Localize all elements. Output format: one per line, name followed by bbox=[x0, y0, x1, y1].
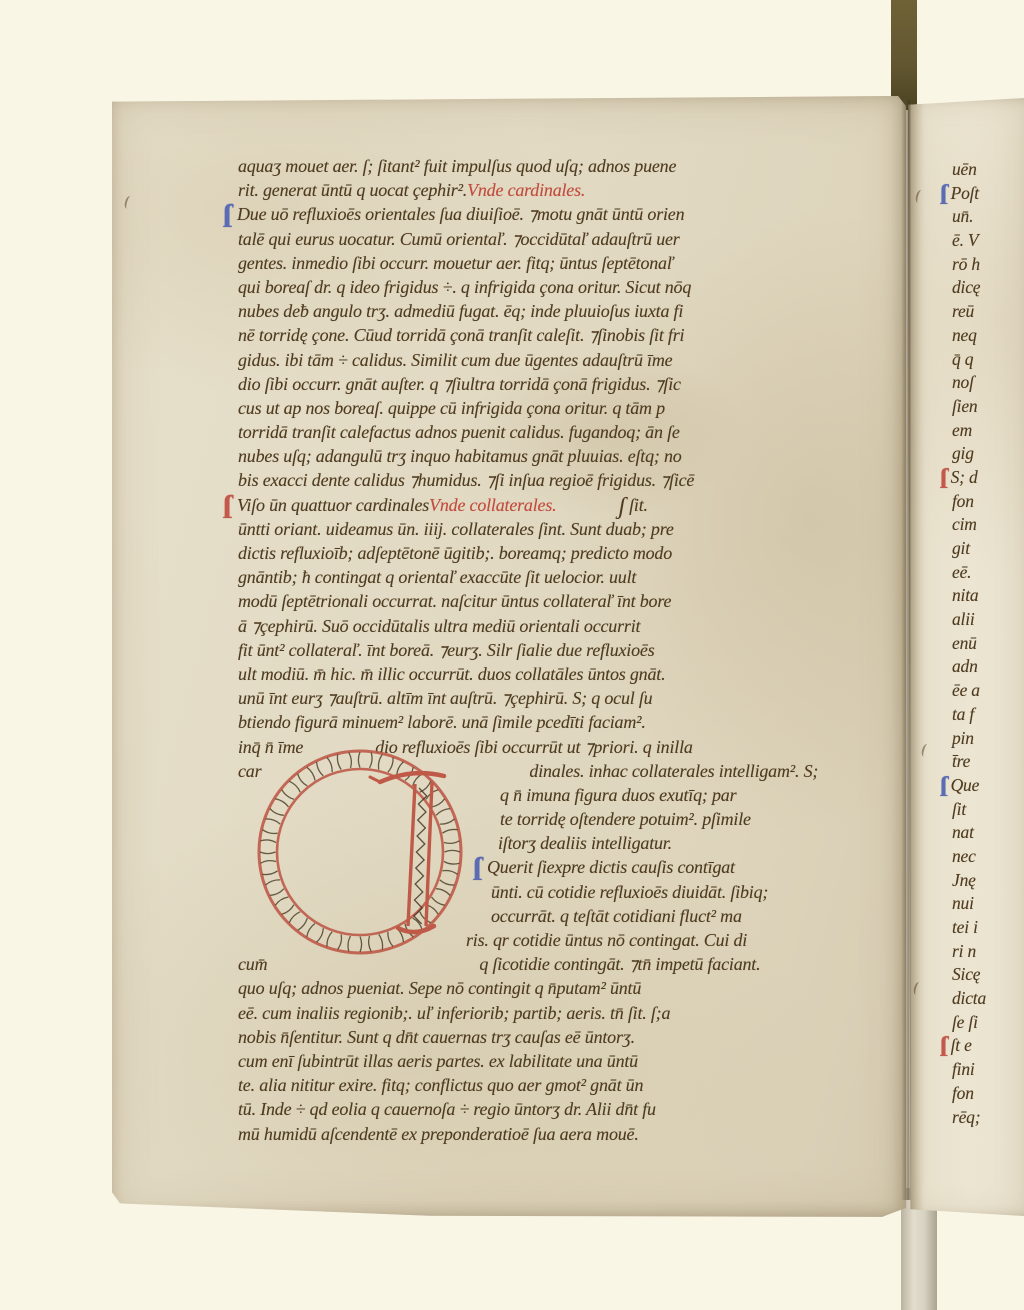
manuscript-line: iſtorʒ dealiis intelligatur. bbox=[498, 831, 898, 855]
manuscript-line: ūntti oriant. uideamus ūn. iiij. collate… bbox=[238, 517, 898, 541]
margin-pen-mark bbox=[123, 195, 133, 209]
manuscript-line: te. alia nititur exire. fitq; conflictus… bbox=[238, 1073, 898, 1097]
text-segment: ta f bbox=[952, 704, 974, 724]
book-spine-top bbox=[891, 0, 917, 110]
text-segment: gentes. inmedio ſibi occurr. mouetur aer… bbox=[238, 251, 673, 275]
text-segment: ūnti. cū cotidie refluxioēs diuidāt. ſib… bbox=[491, 880, 768, 904]
text-segment: fon bbox=[952, 1083, 974, 1103]
text-segment: cim bbox=[952, 514, 977, 534]
margin-pen-mark bbox=[920, 743, 930, 757]
text-segment: te torridę oſtendere potuim². pſimile bbox=[500, 807, 751, 831]
text-segment: ſit bbox=[952, 799, 966, 819]
text-segment: nē torridę çone. Cūud torridā çonā tranſ… bbox=[238, 323, 684, 347]
manuscript-line: qui boreaſ dr. q ideo frigidus ÷. q infr… bbox=[238, 275, 898, 299]
text-segment: dio ſibi occurr. gnāt auſter. q ⁊ſiultra… bbox=[238, 372, 681, 396]
text-segment: neq bbox=[952, 325, 977, 345]
manuscript-line: eē. cum inaliis regionib;. uľ inferiorib… bbox=[238, 1001, 898, 1025]
manuscript-line: nobis n̄ſentitur. Sunt q dn̄t cauernas t… bbox=[238, 1025, 898, 1049]
text-segment: btiendo figurā minuem² laborē. unā ſimil… bbox=[238, 710, 646, 734]
facing-page-line-fragment: ſS; d bbox=[952, 466, 1022, 490]
facing-page-line-fragment: em bbox=[952, 419, 1022, 443]
manuscript-line: aquaʒ mouet aer. ſ; ſitant² fuit impulſu… bbox=[238, 154, 898, 178]
text-segment: cus ut ap nos boreaſ. quippe cū infrigid… bbox=[238, 396, 665, 420]
facing-page-line-fragment: nui bbox=[952, 892, 1022, 916]
manuscript-line: gidus. ibi tām ÷ calidus. Similit cum du… bbox=[238, 348, 898, 372]
text-segment: Jnę bbox=[952, 870, 976, 890]
text-segment: nubes uſq; adangulū trʒ inquo habitamus … bbox=[238, 444, 682, 468]
text-segment: occurrāt. q teſtāt cotidiani fluct² ma bbox=[491, 904, 742, 928]
manuscript-line: mū humidū aſcendentē ex preponderatioē ſ… bbox=[238, 1122, 898, 1146]
text-segment: unū īnt eurʒ ⁊auſtrū. altīm īnt auſtrū. … bbox=[238, 686, 652, 710]
manuscript-line: dictis refluxioīb; adſeptētonē ūgitib;. … bbox=[238, 541, 898, 565]
facing-page-line-fragment: git bbox=[952, 537, 1022, 561]
text-segment: Viſo ūn quattuor cardinales bbox=[237, 493, 429, 517]
text-segment: torridā tranſit calefactus adnos puenit … bbox=[238, 420, 680, 444]
manuscript-line: ūnti. cū cotidie refluxioēs diuidāt. ſib… bbox=[491, 880, 898, 904]
text-segment: q n̄ imuna figura duos exutīq; par bbox=[500, 783, 736, 807]
text-segment: tū. Inde ÷ qd eolia q cauernoſa ÷ regio … bbox=[238, 1097, 656, 1121]
text-segment: nobis n̄ſentitur. Sunt q dn̄t cauernas t… bbox=[238, 1025, 635, 1049]
text-segment: quo uſq; adnos pueniat. Sepe nō contingi… bbox=[238, 976, 641, 1000]
facing-page-line-fragment: ri n bbox=[952, 940, 1022, 964]
text-segment: un̄. bbox=[952, 206, 973, 226]
text-segment: noſ bbox=[952, 372, 974, 392]
text-segment: eē. cum inaliis regionib;. uľ inferiorib… bbox=[238, 1001, 670, 1025]
manuscript-line: gnāntib; ħ contingat q orientaľ exaccūte… bbox=[238, 565, 898, 589]
manuscript-line: nubes deƀ angulo trʒ. admediū fugat. ēq;… bbox=[238, 299, 898, 323]
facing-page-line-fragment: fon bbox=[952, 1082, 1022, 1106]
manuscript-line: ris. qr cotidie ūntus nō contingat. Cui … bbox=[466, 928, 898, 952]
manuscript-line: btiendo figurā minuem² laborē. unā ſimil… bbox=[238, 710, 898, 734]
text-segment: rō h bbox=[952, 254, 980, 274]
manuscript-line: ſQuerit ſiexpre dictis cauſis contīgat bbox=[488, 855, 898, 879]
text-segment: gig bbox=[952, 443, 974, 463]
text-segment: bis exacci dente calidus ⁊humidus. ⁊ſi i… bbox=[238, 468, 694, 492]
facing-page-line-fragment: cim bbox=[952, 513, 1022, 537]
text-segment: Due uō refluxioēs orientales ſua diuiſio… bbox=[237, 202, 684, 226]
text-segment: nui bbox=[952, 893, 974, 913]
text-segment: nubes deƀ angulo trʒ. admediū fugat. ēq;… bbox=[238, 299, 683, 323]
text-segment: fit ūnt² collateraľ. īnt boreā. ⁊eurʒ. S… bbox=[238, 638, 655, 662]
text-segment: nec bbox=[952, 846, 976, 866]
facing-page-line-fragment: dicę bbox=[952, 276, 1022, 300]
facing-page-line-fragment: uēn bbox=[952, 158, 1022, 182]
text-segment: fini bbox=[952, 1059, 975, 1079]
rubric-text: Vnde cardinales. bbox=[467, 178, 585, 202]
text-segment: adn bbox=[952, 656, 978, 676]
manuscript-line: ā ⁊çephirū. Suō occidūtalis ultra mediū … bbox=[238, 614, 898, 638]
text-segment: em bbox=[952, 420, 972, 440]
text-segment: dictis refluxioīb; adſeptētonē ūgitib;. … bbox=[238, 541, 672, 565]
manuscript-line: cum enī ſubintrūt illas aeris partes. ex… bbox=[238, 1049, 898, 1073]
manuscript-page-verso: aquaʒ mouet aer. ſ; ſitant² fuit impulſu… bbox=[112, 96, 906, 1218]
manuscript-line: talē qui eurus uocatur. Cumū orientaľ. ⁊… bbox=[238, 227, 898, 251]
text-segment: ſt e bbox=[951, 1035, 972, 1055]
text-segment: gidus. ibi tām ÷ calidus. Similit cum du… bbox=[238, 348, 672, 372]
decorated-initial-I bbox=[252, 744, 468, 960]
text-segment: pin bbox=[952, 728, 974, 748]
text-segment: ult modiū. m̄ hic. m̄ illic occurrūt. du… bbox=[238, 662, 665, 686]
manuscript-photo: aquaʒ mouet aer. ſ; ſitant² fuit impulſu… bbox=[0, 0, 1024, 1310]
paraph-mark: ſ bbox=[940, 772, 948, 803]
facing-page-text-fragments: uēnſPoſtun̄.ē. Vrō hdicęreūneqq̄ qnoſſie… bbox=[952, 158, 1022, 1129]
margin-pen-mark bbox=[912, 981, 922, 995]
facing-page-line-fragment: adn bbox=[952, 655, 1022, 679]
manuscript-line: ſViſo ūn quattuor cardinales Vnde collat… bbox=[238, 493, 898, 517]
facing-page-line-fragment: ſQue bbox=[952, 774, 1022, 798]
text-segment: tei i bbox=[952, 917, 978, 937]
margin-pen-mark bbox=[914, 189, 924, 203]
manuscript-line: tū. Inde ÷ qd eolia q cauernoſa ÷ regio … bbox=[238, 1097, 898, 1121]
text-segment: gnāntib; ħ contingat q orientaľ exaccūte… bbox=[238, 565, 636, 589]
manuscript-line: nubes uſq; adangulū trʒ inquo habitamus … bbox=[238, 444, 898, 468]
facing-page-line-fragment: q̄ q bbox=[952, 348, 1022, 372]
text-segment: iſtorʒ dealiis intelligatur. bbox=[498, 831, 672, 855]
text-segment: ʃ bbox=[618, 495, 625, 519]
text-segment: S; d bbox=[951, 467, 978, 487]
facing-page-line-fragment: eē. bbox=[952, 561, 1022, 585]
text-segment: git bbox=[952, 538, 970, 558]
paraph-mark: ſ bbox=[940, 1032, 948, 1063]
manuscript-line: unū īnt eurʒ ⁊auſtrū. altīm īnt auſtrū. … bbox=[238, 686, 898, 710]
facing-page-line-fragment: Sicę bbox=[952, 963, 1022, 987]
text-segment: Que bbox=[951, 775, 980, 795]
text-segment: Poſt bbox=[951, 183, 979, 203]
manuscript-line: modū ſeptētrionali occurrat. naſcitur ūn… bbox=[238, 589, 898, 613]
facing-page-line-fragment: rō h bbox=[952, 253, 1022, 277]
text-segment: mū humidū aſcendentē ex preponderatioē ſ… bbox=[238, 1122, 639, 1146]
text-segment: dicta bbox=[952, 988, 986, 1008]
text-segment: ri n bbox=[952, 941, 976, 961]
text-segment: qui boreaſ dr. q ideo frigidus ÷. q infr… bbox=[238, 275, 691, 299]
text-segment: cum enī ſubintrūt illas aeris partes. ex… bbox=[238, 1049, 638, 1073]
text-segment: ſe ſi bbox=[952, 1012, 978, 1032]
facing-page-line-fragment: Jnę bbox=[952, 869, 1022, 893]
manuscript-line: bis exacci dente calidus ⁊humidus. ⁊ſi i… bbox=[238, 468, 898, 492]
text-segment: alii bbox=[952, 609, 975, 629]
facing-page-line-fragment: tei i bbox=[952, 916, 1022, 940]
facing-page-line-fragment: nat bbox=[952, 821, 1022, 845]
text-segment: aquaʒ mouet aer. ſ; ſitant² fuit impulſu… bbox=[238, 154, 676, 178]
book-gutter-shadow bbox=[901, 100, 911, 1200]
manuscript-line: q n̄ imuna figura duos exutīq; par bbox=[500, 783, 898, 807]
manuscript-line: nē torridę çone. Cūud torridā çonā tranſ… bbox=[238, 323, 898, 347]
facing-page-line-fragment: enū bbox=[952, 632, 1022, 656]
facing-page-line-fragment: nec bbox=[952, 845, 1022, 869]
facing-page-line-fragment: noſ bbox=[952, 371, 1022, 395]
facing-page-line-fragment: ſPoſt bbox=[952, 182, 1022, 206]
facing-page-line-fragment: ſe ſi bbox=[952, 1011, 1022, 1035]
manuscript-line: occurrāt. q teſtāt cotidiani fluct² ma bbox=[491, 904, 898, 928]
facing-page-line-fragment: ēe a bbox=[952, 679, 1022, 703]
facing-page-line-fragment: gig bbox=[952, 442, 1022, 466]
manuscript-line: quo uſq; adnos pueniat. Sepe nō contingi… bbox=[238, 976, 898, 1000]
text-segment: ē. V bbox=[952, 230, 978, 250]
text-segment: ūntti oriant. uideamus ūn. iiij. collate… bbox=[238, 517, 674, 541]
text-segment: q̄ q bbox=[952, 349, 973, 369]
text-segment: ſien bbox=[952, 396, 977, 416]
manuscript-line: torridā tranſit calefactus adnos puenit … bbox=[238, 420, 898, 444]
manuscript-line: cus ut ap nos boreaſ. quippe cū infrigid… bbox=[238, 396, 898, 420]
text-segment: dicę bbox=[952, 277, 980, 297]
facing-page-line-fragment: nita bbox=[952, 584, 1022, 608]
text-segment: ris. qr cotidie ūntus nō contingat. Cui … bbox=[466, 928, 747, 952]
text-segment: uēn bbox=[952, 159, 977, 179]
text-segment: talē qui eurus uocatur. Cumū orientaľ. ⁊… bbox=[238, 227, 680, 251]
manuscript-line: gentes. inmedio ſibi occurr. mouetur aer… bbox=[238, 251, 898, 275]
paraph-mark: ſ bbox=[940, 180, 948, 211]
manuscript-line: ult modiū. m̄ hic. m̄ illic occurrūt. du… bbox=[238, 662, 898, 686]
text-segment: t̄re bbox=[952, 751, 970, 771]
text-segment: Sicę bbox=[952, 964, 980, 984]
facing-page-line-fragment: neq bbox=[952, 324, 1022, 348]
text-segment: Querit ſiexpre dictis cauſis contīgat bbox=[487, 855, 735, 879]
facing-page-line-fragment: un̄. bbox=[952, 205, 1022, 229]
manuscript-line: fit ūnt² collateraľ. īnt boreā. ⁊eurʒ. S… bbox=[238, 638, 898, 662]
manuscript-line: ſDue uō refluxioēs orientales ſua diuiſi… bbox=[238, 202, 898, 226]
facing-page-line-fragment: ē. V bbox=[952, 229, 1022, 253]
text-segment: reū bbox=[952, 301, 974, 321]
manuscript-text-column: aquaʒ mouet aer. ſ; ſitant² fuit impulſu… bbox=[238, 154, 898, 1146]
text-segment: ēe a bbox=[952, 680, 980, 700]
facing-page-line-fragment: ſit bbox=[952, 798, 1022, 822]
text-segment: ſit. bbox=[629, 493, 648, 517]
text-segment: fon bbox=[952, 491, 974, 511]
facing-page-line-fragment: rēq; bbox=[952, 1106, 1022, 1130]
text-segment: dinales. inhac collaterales intelligam².… bbox=[529, 759, 818, 783]
facing-page-line-fragment: reū bbox=[952, 300, 1022, 324]
facing-page-line-fragment: ta f bbox=[952, 703, 1022, 727]
facing-page-line-fragment: alii bbox=[952, 608, 1022, 632]
facing-page-line-fragment: fon bbox=[952, 490, 1022, 514]
facing-page-line-fragment: pin bbox=[952, 727, 1022, 751]
rubric-text: Vnde collaterales. bbox=[429, 493, 556, 517]
text-segment: modū ſeptētrionali occurrat. naſcitur ūn… bbox=[238, 589, 671, 613]
text-segment: ā ⁊çephirū. Suō occidūtalis ultra mediū … bbox=[238, 614, 640, 638]
text-segment: q ſicotidie contingāt. ⁊tn̄ impetū facia… bbox=[479, 952, 760, 976]
text-segment: te. alia nititur exire. fitq; conflictus… bbox=[238, 1073, 643, 1097]
manuscript-line: te torridę oſtendere potuim². pſimile bbox=[500, 807, 898, 831]
text-segment: enū bbox=[952, 633, 977, 653]
facing-page-line-fragment: ſſt e bbox=[952, 1034, 1022, 1058]
facing-page-line-fragment: dicta bbox=[952, 987, 1022, 1011]
text-segment: rēq; bbox=[952, 1107, 980, 1127]
paraph-mark: ſ bbox=[940, 464, 948, 495]
text-segment: nat bbox=[952, 822, 974, 842]
manuscript-line: rit. generat ūntū q uocat çephir². Vnde … bbox=[238, 178, 898, 202]
initial-ring-drawing bbox=[252, 744, 468, 960]
manuscript-line: dio ſibi occurr. gnāt auſter. q ⁊ſiultra… bbox=[238, 372, 898, 396]
facing-page-line-fragment: t̄re bbox=[952, 750, 1022, 774]
text-segment: rit. generat ūntū q uocat çephir². bbox=[238, 178, 467, 202]
text-segment: eē. bbox=[952, 562, 971, 582]
text-segment: nita bbox=[952, 585, 978, 605]
facing-page-line-fragment: fini bbox=[952, 1058, 1022, 1082]
manuscript-page-recto-sliver: uēnſPoſtun̄.ē. Vrō hdicęreūneqq̄ qnoſſie… bbox=[908, 98, 1024, 1216]
facing-page-line-fragment: ſien bbox=[952, 395, 1022, 419]
